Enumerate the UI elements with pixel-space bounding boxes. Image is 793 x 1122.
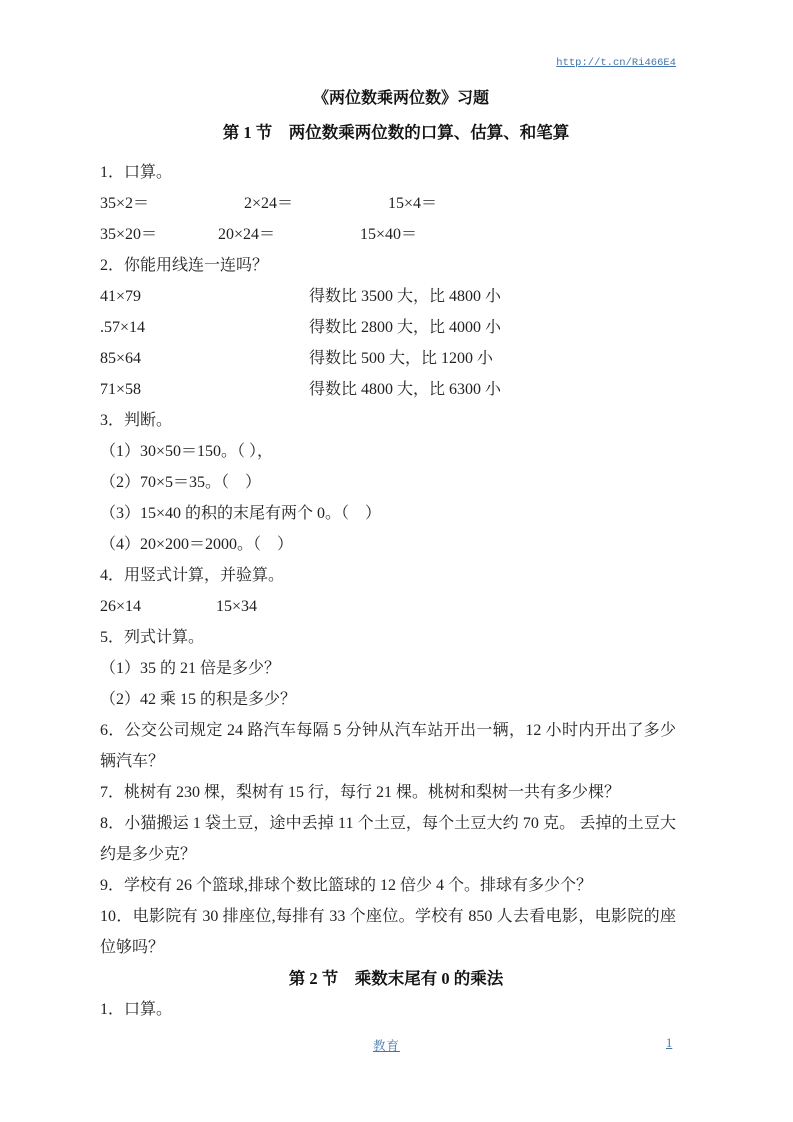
q2-left-expression: 41×79 — [100, 281, 305, 312]
q3-item: （4）20×200＝2000。（ ） — [100, 529, 676, 560]
q3-item: （2）70×5＝35。（ ） — [100, 467, 676, 498]
equation: 26×14 — [100, 591, 212, 622]
q7-problem: 7．桃树有 230 棵，梨树有 15 行，每行 21 棵。桃树和梨树一共有多少棵… — [100, 777, 676, 808]
q2-pair-row: .57×14 得数比 2800 大，比 4000 小 — [100, 312, 676, 343]
q2-label: 2．你能用线连一连吗？ — [100, 250, 676, 281]
q2-right-description: 得数比 2800 大，比 4000 小 — [309, 319, 501, 336]
q2-right-description: 得数比 3500 大，比 4800 小 — [309, 288, 501, 305]
q6-problem: 6．公交公司规定 24 路汽车每隔 5 分钟从汽车站开出一辆，12 小时内开出了… — [100, 715, 676, 777]
q10-problem: 10．电影院有 30 排座位,每排有 33 个座位。学校有 850 人去看电影，… — [100, 901, 676, 963]
header-url-link[interactable]: http://t.cn/Ri466E4 — [556, 57, 676, 69]
document-page: http://t.cn/Ri466E4 《两位数乘两位数》习题 第 1 节 两位… — [0, 0, 793, 1122]
q2-pair-row: 41×79 得数比 3500 大，比 4800 小 — [100, 281, 676, 312]
q8-problem: 8．小猫搬运 1 袋土豆，途中丢掉 11 个土豆，每个土豆大约 70 克。 丢掉… — [100, 808, 676, 870]
footer-site-link[interactable]: 教育 — [373, 1036, 400, 1054]
q2-left-expression: 71×58 — [100, 374, 305, 405]
q5-label: 5．列式计算。 — [100, 622, 676, 653]
equation: 20×24＝ — [218, 219, 356, 250]
equation: 35×2＝ — [100, 188, 240, 219]
equation: 15×34 — [216, 598, 257, 615]
q1-label: 1．口算。 — [100, 157, 676, 188]
q1-row2: 35×20＝ 20×24＝ 15×40＝ — [100, 219, 676, 250]
q5-item: （1）35 的 21 倍是多少？ — [100, 653, 676, 684]
q1-row1: 35×2＝ 2×24＝ 15×4＝ — [100, 188, 676, 219]
q9-problem: 9．学校有 26 个篮球,排球个数比篮球的 12 倍少 4 个。排球有多少个？ — [100, 870, 676, 901]
doc-title: 《两位数乘两位数》习题 — [100, 86, 676, 112]
section1-heading: 第 1 节 两位数乘两位数的口算、估算、和笔算 — [100, 120, 676, 146]
q4-label: 4．用竖式计算，并验算。 — [100, 560, 676, 591]
q2-left-expression: .57×14 — [100, 312, 305, 343]
q2-pair-row: 85×64 得数比 500 大，比 1200 小 — [100, 343, 676, 374]
q2-right-description: 得数比 4800 大，比 6300 小 — [309, 381, 501, 398]
page-footer: 教育 1 — [0, 1036, 793, 1058]
q3-item: （3）15×40 的积的末尾有两个 0。（ ） — [100, 498, 676, 529]
equation: 35×20＝ — [100, 219, 214, 250]
q2-left-expression: 85×64 — [100, 343, 305, 374]
page-content: http://t.cn/Ri466E4 《两位数乘两位数》习题 第 1 节 两位… — [0, 52, 793, 1025]
equation: 2×24＝ — [244, 188, 384, 219]
section2-q1-label: 1．口算。 — [100, 994, 676, 1025]
q2-right-description: 得数比 500 大，比 1200 小 — [309, 350, 493, 367]
q5-item: （2）42 乘 15 的积是多少？ — [100, 684, 676, 715]
footer-page-number[interactable]: 1 — [666, 1036, 672, 1051]
q2-pair-row: 71×58 得数比 4800 大，比 6300 小 — [100, 374, 676, 405]
q3-item: （1）30×50＝150。（ ）， — [100, 436, 676, 467]
equation: 15×4＝ — [388, 195, 437, 212]
q4-row: 26×14 15×34 — [100, 591, 676, 622]
section2-heading: 第 2 节 乘数末尾有 0 的乘法 — [100, 963, 676, 994]
header-link-row: http://t.cn/Ri466E4 — [100, 52, 676, 70]
equation: 15×40＝ — [360, 226, 417, 243]
q3-label: 3．判断。 — [100, 405, 676, 436]
